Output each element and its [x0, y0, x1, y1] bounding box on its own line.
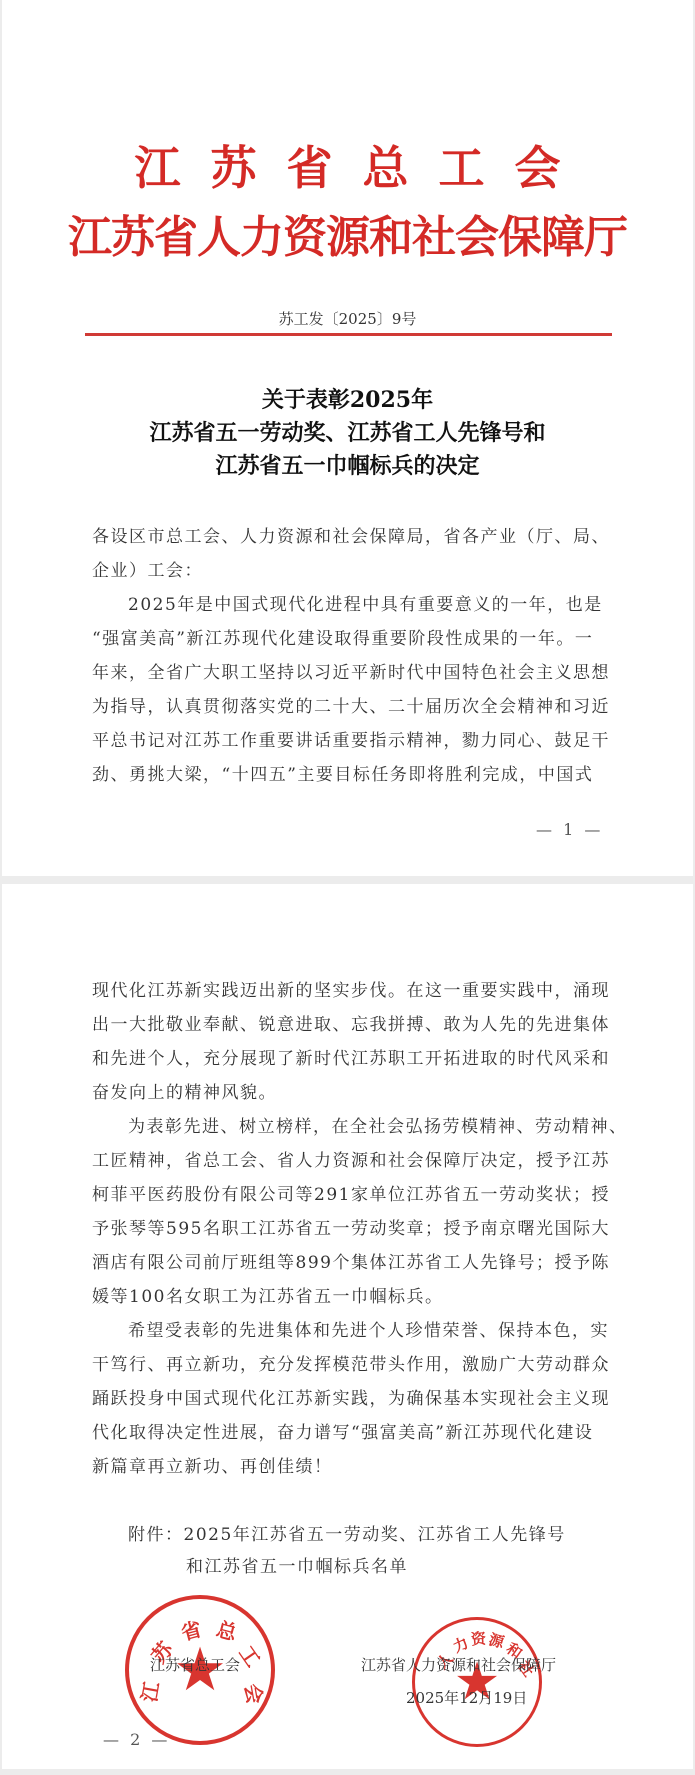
signature-hrss: 江苏省人力资源和社会保障厅 [361, 1654, 556, 1675]
paragraph-line: 希望受表彰的先进集体和先进个人珍惜荣誉、保持本色，实 [128, 1314, 609, 1349]
page-number: — 2 — [103, 1730, 170, 1749]
page-number: — 1 — [536, 820, 603, 839]
issuer-header-union: 江苏省总工会 [2, 140, 693, 196]
paragraph-line: 劲、勇挑大梁，“十四五”主要目标任务即将胜利完成，中国式 [92, 758, 593, 793]
document-title-line-2: 江苏省五一劳动奖、江苏省工人先锋号和 [2, 416, 693, 450]
paragraph-line: 现代化江苏新实践迈出新的坚实步伐。在这一重要实践中，涌现 [92, 974, 610, 1009]
paragraph-line: “强富美高”新江苏现代化建设取得重要阶段性成果的一年。一 [92, 622, 593, 657]
issue-date: 2025年12月19日 [406, 1687, 527, 1708]
attachment-line-1: 附件：2025年江苏省五一劳动奖、江苏省工人先锋号 [128, 1518, 566, 1553]
paragraph-line: 为表彰先进、树立榜样，在全社会弘扬劳模精神、劳动精神、 [128, 1110, 628, 1145]
official-seal-hrss: ★ 人 力 资 源 和 社 [412, 1617, 542, 1747]
paragraph-line: 工匠精神，省总工会、省人力资源和社会保障厅决定，授予江苏 [92, 1144, 610, 1179]
red-divider-line [85, 333, 612, 336]
attachment-line-2: 和江苏省五一巾帼标兵名单 [186, 1550, 408, 1585]
paragraph-line: 踊跃投身中国式现代化江苏新实践，为确保基本实现社会主义现 [92, 1382, 610, 1417]
addressee-line-2: 企业）工会： [92, 554, 203, 589]
document-title-line-3: 江苏省五一巾帼标兵的决定 [2, 449, 693, 483]
document-page-1: 江苏省总工会 江苏省人力资源和社会保障厅 苏工发〔2025〕9号 关于表彰202… [2, 0, 693, 876]
paragraph-line: 和先进个人，充分展现了新时代江苏职工开拓进取的时代风采和 [92, 1042, 610, 1077]
paragraph-line: 为指导，认真贯彻落实党的二十大、二十届历次全会精神和习近 [92, 690, 610, 725]
paragraph-line: 奋发向上的精神风貌。 [92, 1076, 277, 1111]
paragraph-line: 柯菲平医药股份有限公司等291家单位江苏省五一劳动奖状；授 [92, 1178, 610, 1213]
paragraph-line: 媛等100名女职工为江苏省五一巾帼标兵。 [92, 1280, 443, 1315]
paragraph-line: 干笃行、再立新功，充分发挥模范带头作用，激励广大劳动群众 [92, 1348, 610, 1383]
paragraph-line: 2025年是中国式现代化进程中具有重要意义的一年，也是 [128, 588, 603, 623]
issuer-header-hrss: 江苏省人力资源和社会保障厅 [2, 210, 693, 266]
document-number: 苏工发〔2025〕9号 [2, 308, 693, 329]
paragraph-line: 新篇章再立新功、再创佳绩！ [92, 1450, 333, 1485]
paragraph-line: 平总书记对江苏工作重要讲话重要指示精神，勠力同心、鼓足干 [92, 724, 610, 759]
signature-union: 江苏省总工会 [150, 1654, 240, 1675]
paragraph-line: 代化取得决定性进展，奋力谱写“强富美高”新江苏现代化建设 [92, 1416, 593, 1451]
paragraph-line: 年来，全省广大职工坚持以习近平新时代中国特色社会主义思想 [92, 656, 610, 691]
addressee-line-1: 各设区市总工会、人力资源和社会保障局，省各产业（厅、局、 [92, 520, 610, 555]
document-title-line-1: 关于表彰2025年 [2, 383, 693, 417]
paragraph-line: 出一大批敬业奉献、锐意进取、忘我拼搏、敢为人先的先进集体 [92, 1008, 610, 1043]
document-page-2: 现代化江苏新实践迈出新的坚实步伐。在这一重要实践中，涌现 出一大批敬业奉献、锐意… [2, 884, 693, 1769]
paragraph-line: 酒店有限公司前厅班组等899个集体江苏省工人先锋号；授予陈 [92, 1246, 610, 1281]
paragraph-line: 予张琴等595名职工江苏省五一劳动奖章；授予南京曙光国际大 [92, 1212, 610, 1247]
